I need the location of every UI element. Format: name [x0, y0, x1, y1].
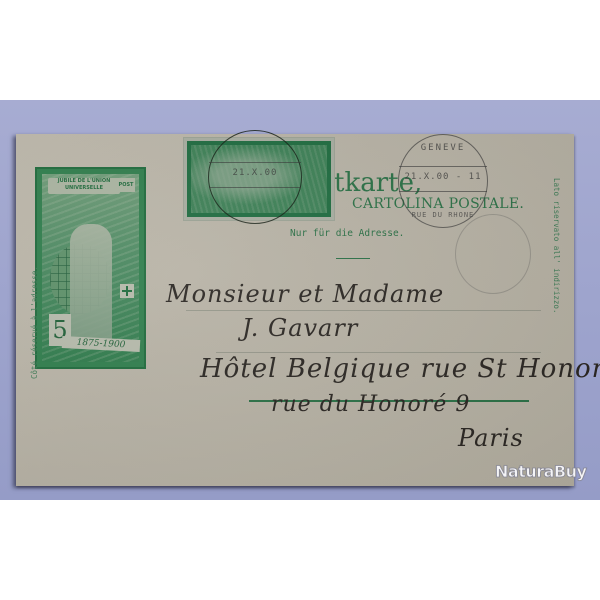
swiss-cross-icon	[120, 284, 134, 298]
address-rule	[186, 310, 541, 311]
allegorical-figure	[70, 224, 112, 344]
side-text-left: Côté réservé à l'adresse.	[30, 266, 39, 379]
adhesive-stamp	[184, 138, 334, 220]
watermark-logo: NaturaBuy	[495, 462, 586, 481]
address-line-4: rue du Honoré 9	[271, 392, 470, 417]
postmark-city: GENEVE	[399, 143, 487, 153]
address-line-5: Paris	[458, 424, 524, 452]
stamp-value: 5	[49, 314, 71, 346]
cancel-postmark: 21.X.00	[208, 130, 302, 224]
card-title-italian: CARTOLINA POSTALE.	[352, 196, 524, 212]
address-line-3: Hôtel Belgique rue St Honoré	[200, 354, 600, 384]
card-subtitle: Nur für die Adresse.	[290, 228, 404, 239]
address-rule	[216, 352, 541, 353]
geneve-postmark: GENEVE 21.X.00 - 11 RUE DU RHONE	[398, 134, 488, 228]
title-divider	[336, 258, 370, 259]
printed-stamp-indicium: JUBILE DE L'UNION UNIVERSELLE POST 5 187…	[35, 167, 146, 369]
card-title-german: tkarte,	[334, 168, 422, 198]
indicium-artwork: JUBILE DE L'UNION UNIVERSELLE POST 5 187…	[42, 174, 139, 362]
address-line-2: J. Gavarr	[242, 314, 358, 342]
indicium-banner: JUBILE DE L'UNION UNIVERSELLE	[48, 178, 120, 194]
address-rule-underline	[249, 400, 529, 402]
indicium-corner: POST	[117, 178, 135, 192]
postmark-date: 21.X.00 - 11	[399, 172, 487, 182]
side-text-right: Lato riservato all' indirizzo.	[552, 178, 561, 313]
stamp-artwork	[191, 145, 327, 213]
postcard: JUBILE DE L'UNION UNIVERSELLE POST 5 187…	[16, 134, 574, 486]
stamp-years: 1875-1900	[62, 336, 141, 352]
globe-icon	[50, 244, 110, 314]
faint-circle-mark	[455, 214, 531, 294]
cancel-date: 21.X.00	[209, 168, 301, 178]
postmark-office: RUE DU RHONE	[399, 211, 487, 219]
address-line-1: Monsieur et Madame	[166, 280, 444, 308]
